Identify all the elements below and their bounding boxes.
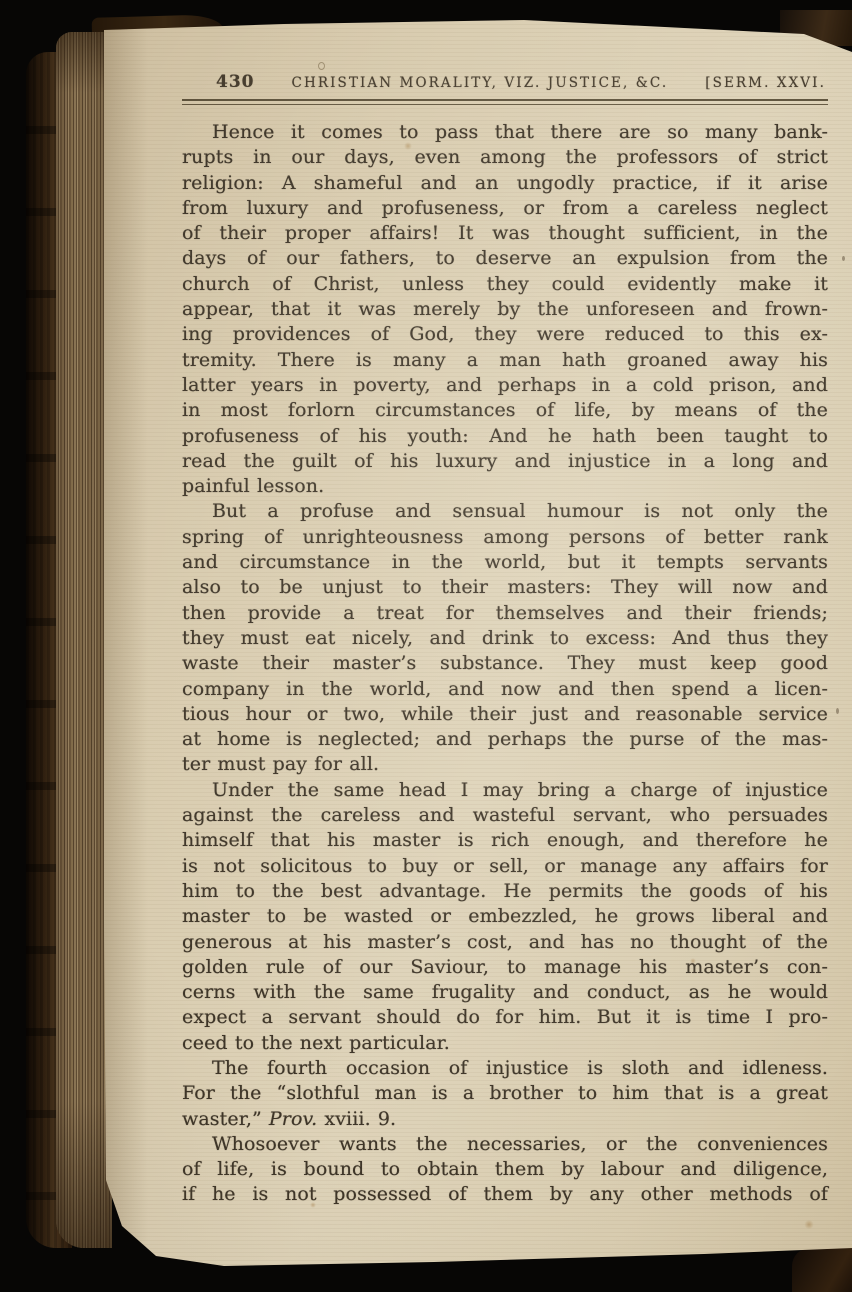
sermon-reference: [SERM. XXVI. xyxy=(705,75,828,91)
text-line: cerns with the same frugality and conduc… xyxy=(182,980,828,1005)
text-line: at home is neglected; and perhaps the pu… xyxy=(182,727,828,752)
text-line: expect a servant should do for him. But … xyxy=(182,1005,828,1030)
scripture-quote-end: waster,” xyxy=(182,1108,262,1130)
paragraph-wasteful-servant: Under the same head I may bring a charge… xyxy=(182,778,828,1056)
text-line: company in the world, and now and then s… xyxy=(182,677,828,702)
text-line: from luxury and profuseness, or from a c… xyxy=(182,196,828,221)
text-line: rupts in our days, even among the profes… xyxy=(182,145,828,170)
text-line: But a profuse and sensual humour is not … xyxy=(182,499,828,524)
book-photo: { "header": { "page_number": "430", "run… xyxy=(0,0,852,1292)
text-line: they must eat nicely, and drink to exces… xyxy=(182,626,828,651)
page-body: Hence it comes to pass that there are so… xyxy=(182,120,828,1208)
book-page: 430 CHRISTIAN MORALITY, VIZ. JUSTICE, &C… xyxy=(104,20,852,1266)
text-line: tremity. There is many a man hath groane… xyxy=(182,348,828,373)
text-line: For the “slothful man is a brother to hi… xyxy=(182,1081,828,1106)
text-line: generous at his master’s cost, and has n… xyxy=(182,930,828,955)
text-line: church of Christ, unless they could evid… xyxy=(182,272,828,297)
page-number: 430 xyxy=(182,72,255,92)
text-line: read the guilt of his luxury and injusti… xyxy=(182,449,828,474)
foxing-spot xyxy=(804,1220,814,1229)
text-line: Whosoever wants the necessaries, or the … xyxy=(182,1132,828,1157)
page-edges-stack xyxy=(56,32,112,1248)
text-line: of their proper affairs! It was thought … xyxy=(182,221,828,246)
paragraph-labour: Whosoever wants the necessaries, or the … xyxy=(182,1132,828,1208)
text-line: The fourth occasion of injustice is slot… xyxy=(182,1056,828,1081)
text-line: ing providences of God, they were reduce… xyxy=(182,322,828,347)
text-line: waste their master’s substance. They mus… xyxy=(182,651,828,676)
text-line: tious hour or two, while their just and … xyxy=(182,702,828,727)
text-line: spring of unrighteousness among persons … xyxy=(182,525,828,550)
text-line: of life, is bound to obtain them by labo… xyxy=(182,1157,828,1182)
text-line: appear, that it was merely by the unfore… xyxy=(182,297,828,322)
text-line: in most forlorn circumstances of life, b… xyxy=(182,398,828,423)
running-title: CHRISTIAN MORALITY, VIZ. JUSTICE, &C. xyxy=(255,75,706,91)
foxing-spot xyxy=(836,708,839,714)
text-line: against the careless and wasteful servan… xyxy=(182,803,828,828)
text-line: days of our fathers, to deserve an expul… xyxy=(182,246,828,271)
paragraph-sloth: The fourth occasion of injustice is slot… xyxy=(182,1056,828,1107)
text-line: ceed to the next particular. xyxy=(182,1031,828,1056)
text-line: him to the best advantage. He permits th… xyxy=(182,879,828,904)
text-line: latter years in poverty, and perhaps in … xyxy=(182,373,828,398)
text-line: and circumstance in the world, but it te… xyxy=(182,550,828,575)
text-line: then provide a treat for themselves and … xyxy=(182,601,828,626)
header-double-rule xyxy=(182,99,828,105)
page-header: 430 CHRISTIAN MORALITY, VIZ. JUSTICE, &C… xyxy=(182,72,828,92)
text-line: religion: A shameful and an ungodly prac… xyxy=(182,171,828,196)
paragraph-servants: But a profuse and sensual humour is not … xyxy=(182,499,828,777)
scripture-reference-line: waster,” Prov. xviii. 9. xyxy=(182,1107,828,1132)
text-line: also to be unjust to their masters: They… xyxy=(182,575,828,600)
text-line: ter must pay for all. xyxy=(182,752,828,777)
text-line: himself that his master is rich enough, … xyxy=(182,828,828,853)
paragraph-bankrupts: Hence it comes to pass that there are so… xyxy=(182,120,828,499)
text-line: golden rule of our Saviour, to manage hi… xyxy=(182,955,828,980)
foxing-spot xyxy=(318,62,325,70)
book-cover-corner-bottom-right xyxy=(792,1248,852,1292)
text-line: Under the same head I may bring a charge… xyxy=(182,778,828,803)
text-line: profuseness of his youth: And he hath be… xyxy=(182,424,828,449)
text-line: is not solicitous to buy or sell, or man… xyxy=(182,854,828,879)
text-line: if he is not possessed of them by any ot… xyxy=(182,1182,828,1207)
text-line: master to be wasted or embezzled, he gro… xyxy=(182,904,828,929)
text-line: Hence it comes to pass that there are so… xyxy=(182,120,828,145)
scripture-citation: Prov. xyxy=(269,1108,317,1130)
text-line: painful lesson. xyxy=(182,474,828,499)
scripture-verse-number: xviii. 9. xyxy=(324,1108,396,1130)
foxing-spot xyxy=(842,256,845,261)
printed-text-area: 430 CHRISTIAN MORALITY, VIZ. JUSTICE, &C… xyxy=(182,72,828,1208)
